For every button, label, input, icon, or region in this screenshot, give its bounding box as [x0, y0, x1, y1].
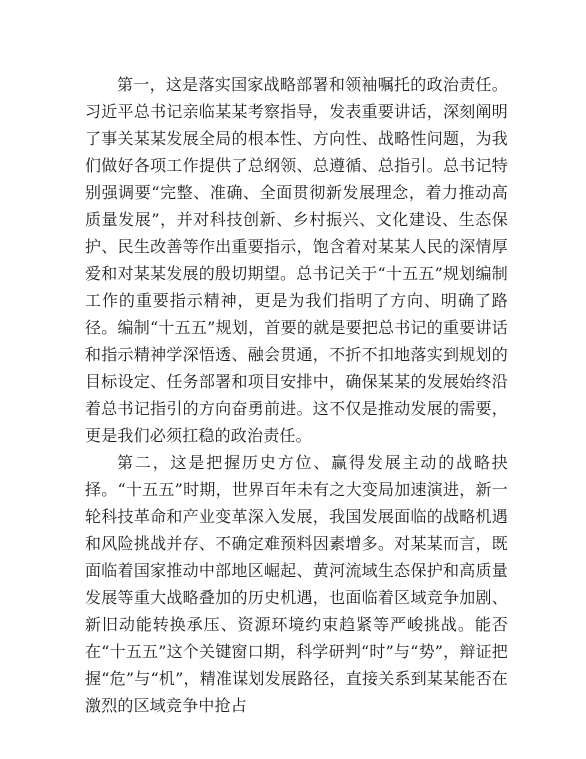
paragraph-second: 第二，这是把握历史方位、赢得发展主动的战略抉择。“十五五”时期，世界百年未有之大… — [85, 449, 508, 719]
paragraph-first: 第一，这是落实国家战略部署和领袖嘱托的政治责任。习近平总书记亲临某某考察指导，发… — [85, 71, 508, 449]
document-page: 第一，这是落实国家战略部署和领袖嘱托的政治责任。习近平总书记亲临某某考察指导，发… — [0, 0, 586, 759]
document-body: 第一，这是落实国家战略部署和领袖嘱托的政治责任。习近平总书记亲临某某考察指导，发… — [85, 71, 508, 719]
